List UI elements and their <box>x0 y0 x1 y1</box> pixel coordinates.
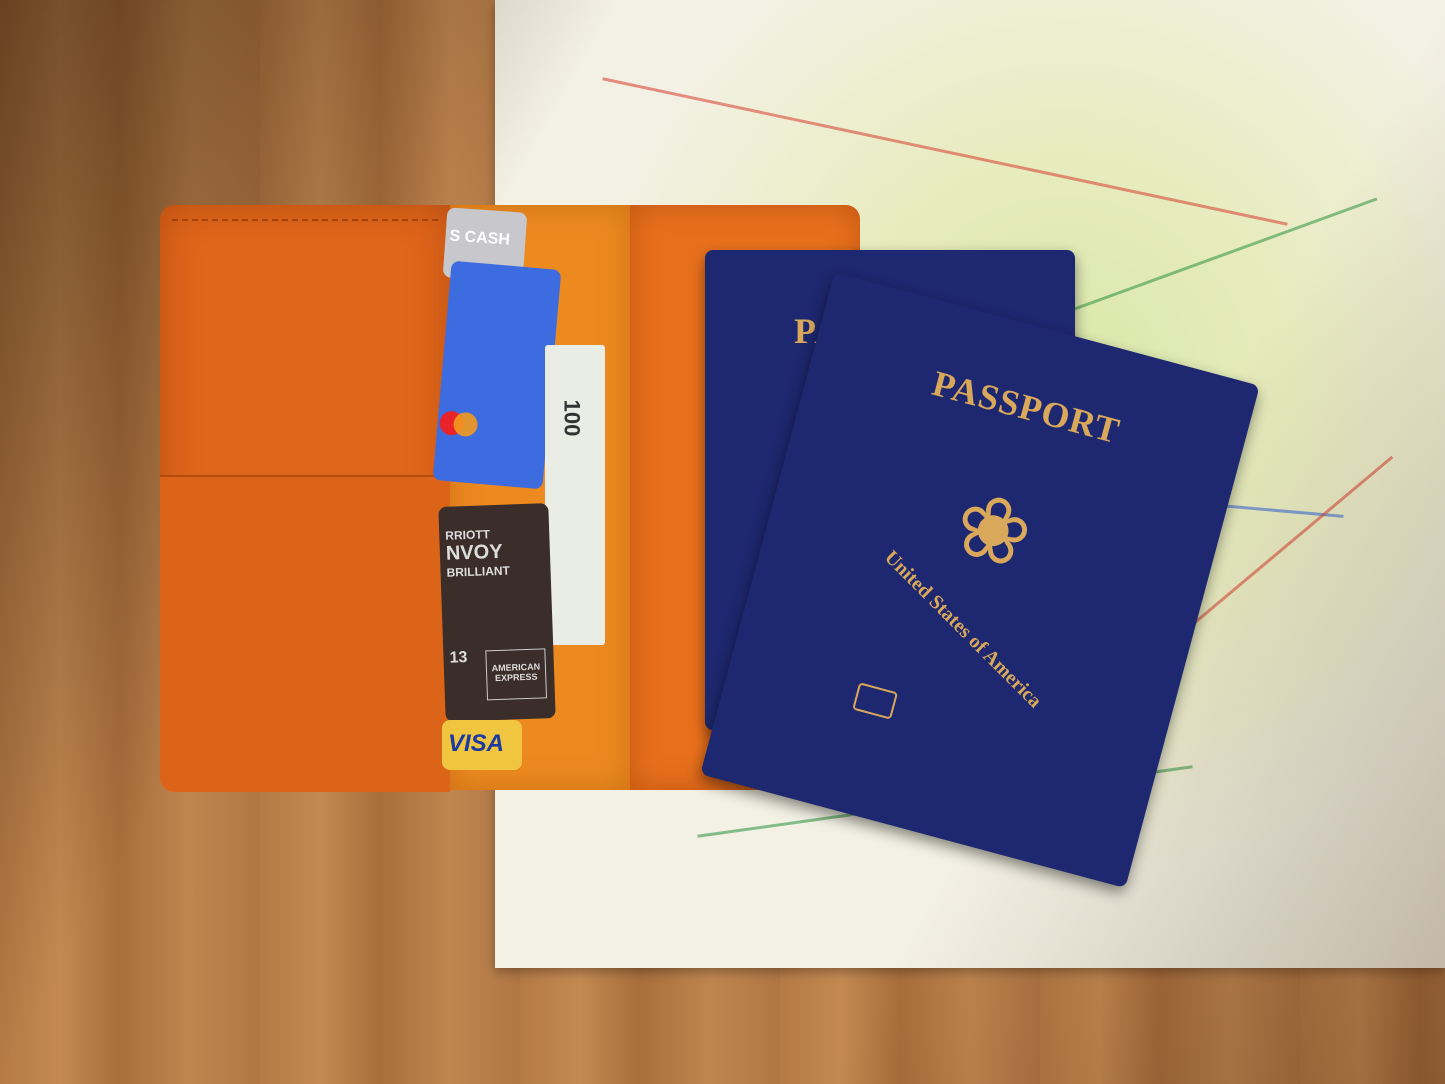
wallet-left-panel <box>160 205 450 790</box>
banknote: 100 <box>545 345 605 645</box>
cash-card-label: S CASH <box>449 228 510 249</box>
eagle-seal-icon: ❀ <box>919 458 1066 605</box>
amex-logo: AMERICAN EXPRESS <box>485 648 547 700</box>
mastercard-card <box>433 261 562 490</box>
amex-brand-line2: NVOY <box>446 539 545 565</box>
visa-logo: VISA <box>448 730 504 757</box>
wallet-card-pocket <box>160 475 450 792</box>
biometric-chip-icon <box>852 682 898 719</box>
amex-card: RRIOTT NVOY BRILLIANT 13 AMERICAN EXPRES… <box>438 503 555 722</box>
banknote-denomination: 100 <box>558 400 584 437</box>
amex-tier: BRILLIANT <box>446 562 544 579</box>
visa-card: VISA <box>442 720 522 770</box>
